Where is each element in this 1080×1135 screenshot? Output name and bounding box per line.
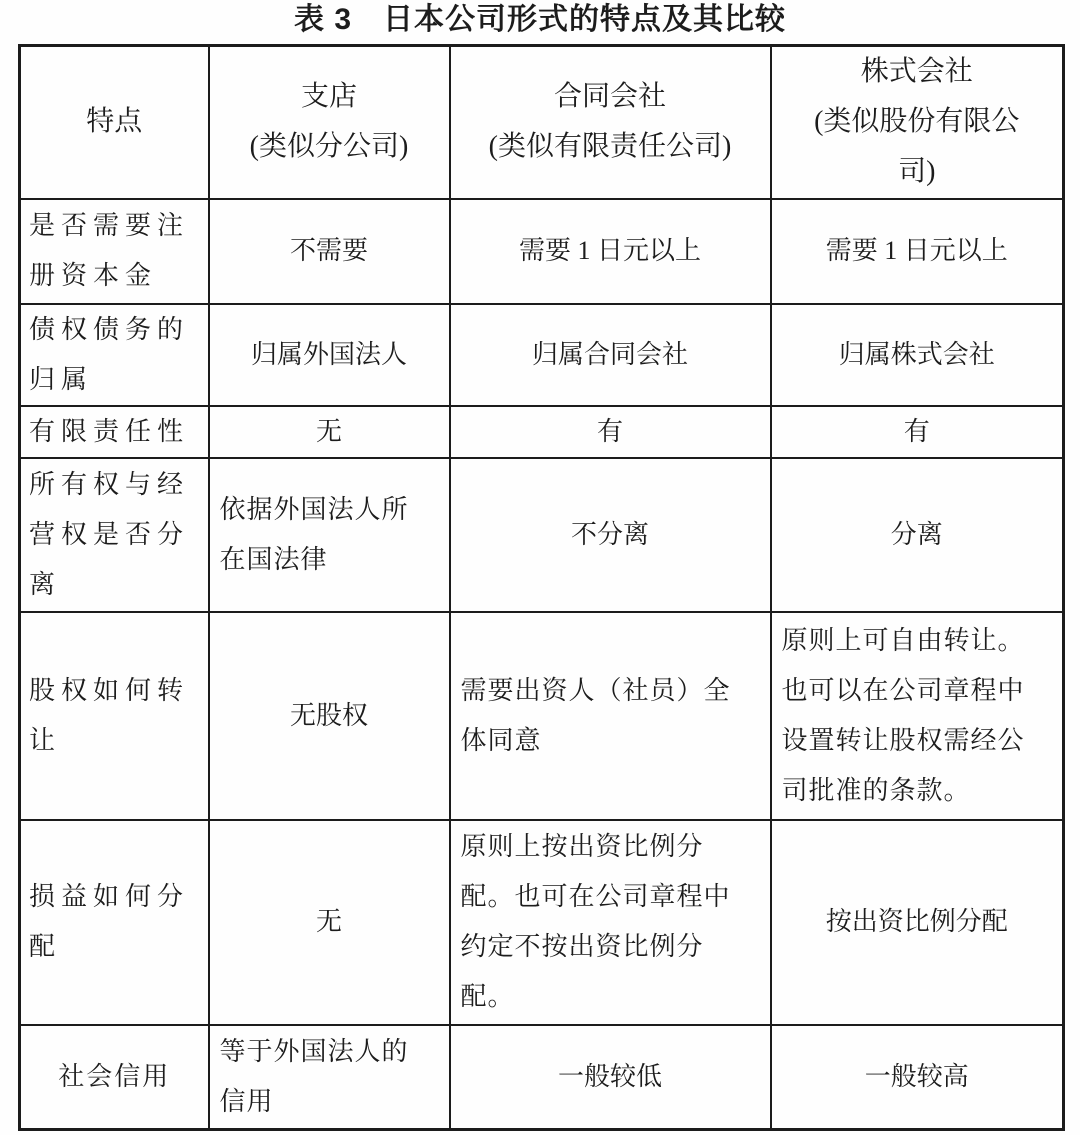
document-page: 表 3 日本公司形式的特点及其比较 特点 支店 (类似分公司) 合同会社 (类似…	[0, 0, 1080, 1135]
table-cell: 归属外国法人	[209, 304, 450, 406]
table-cell: 有	[771, 406, 1064, 458]
row-label: 是否需要注 册资本金	[20, 199, 209, 304]
table-cell: 需要 1 日元以上	[450, 199, 771, 304]
table-row-ownership-separation: 所有权与经 营权是否分 离 依据外国法人所 在国法律 不分离 分离	[20, 458, 1064, 612]
table-cell: 分离	[771, 458, 1064, 612]
row-label: 债权债务的 归属	[20, 304, 209, 406]
table-cell: 不分离	[450, 458, 771, 612]
row-label: 有限责任性	[20, 406, 209, 458]
header-cell-godo-kaisha: 合同会社 (类似有限责任公司)	[450, 46, 771, 199]
table-cell: 依据外国法人所 在国法律	[209, 458, 450, 612]
table-cell: 一般较高	[771, 1025, 1064, 1130]
table-cell: 无	[209, 820, 450, 1025]
table-row-limited-liability: 有限责任性 无 有 有	[20, 406, 1064, 458]
row-label: 损益如何分 配	[20, 820, 209, 1025]
table-row-debt-attribution: 债权债务的 归属 归属外国法人 归属合同会社 归属株式会社	[20, 304, 1064, 406]
table-cell: 需要 1 日元以上	[771, 199, 1064, 304]
table-cell: 有	[450, 406, 771, 458]
header-cell-features: 特点	[20, 46, 209, 199]
table-cell: 按出资比例分配	[771, 820, 1064, 1025]
table-cell: 等于外国法人的 信用	[209, 1025, 450, 1130]
table-title: 表 3 日本公司形式的特点及其比较	[0, 0, 1080, 40]
table-cell: 一般较低	[450, 1025, 771, 1130]
table-row-profit-loss-distribution: 损益如何分 配 无 原则上按出资比例分 配。也可在公司章程中 约定不按出资比例分…	[20, 820, 1064, 1025]
header-row: 特点 支店 (类似分公司) 合同会社 (类似有限责任公司) 株式会社 (类似股份…	[20, 46, 1064, 199]
header-cell-branch: 支店 (类似分公司)	[209, 46, 450, 199]
company-comparison-table: 特点 支店 (类似分公司) 合同会社 (类似有限责任公司) 株式会社 (类似股份…	[18, 44, 1065, 1131]
table-cell: 归属合同会社	[450, 304, 771, 406]
table-row-social-credit: 社会信用 等于外国法人的 信用 一般较低 一般较高	[20, 1025, 1064, 1130]
table-cell: 需要出资人（社员）全 体同意	[450, 612, 771, 820]
table-cell: 原则上按出资比例分 配。也可在公司章程中 约定不按出资比例分 配。	[450, 820, 771, 1025]
row-label: 社会信用	[20, 1025, 209, 1130]
table-cell: 归属株式会社	[771, 304, 1064, 406]
table-cell: 无股权	[209, 612, 450, 820]
table-cell: 原则上可自由转让。 也可以在公司章程中 设置转让股权需经公 司批准的条款。	[771, 612, 1064, 820]
table-row-equity-transfer: 股权如何转 让 无股权 需要出资人（社员）全 体同意 原则上可自由转让。 也可以…	[20, 612, 1064, 820]
table-cell: 不需要	[209, 199, 450, 304]
row-label: 所有权与经 营权是否分 离	[20, 458, 209, 612]
row-label: 股权如何转 让	[20, 612, 209, 820]
table-cell: 无	[209, 406, 450, 458]
table-row-capital: 是否需要注 册资本金 不需要 需要 1 日元以上 需要 1 日元以上	[20, 199, 1064, 304]
header-cell-kabushiki-kaisha: 株式会社 (类似股份有限公 司)	[771, 46, 1064, 199]
